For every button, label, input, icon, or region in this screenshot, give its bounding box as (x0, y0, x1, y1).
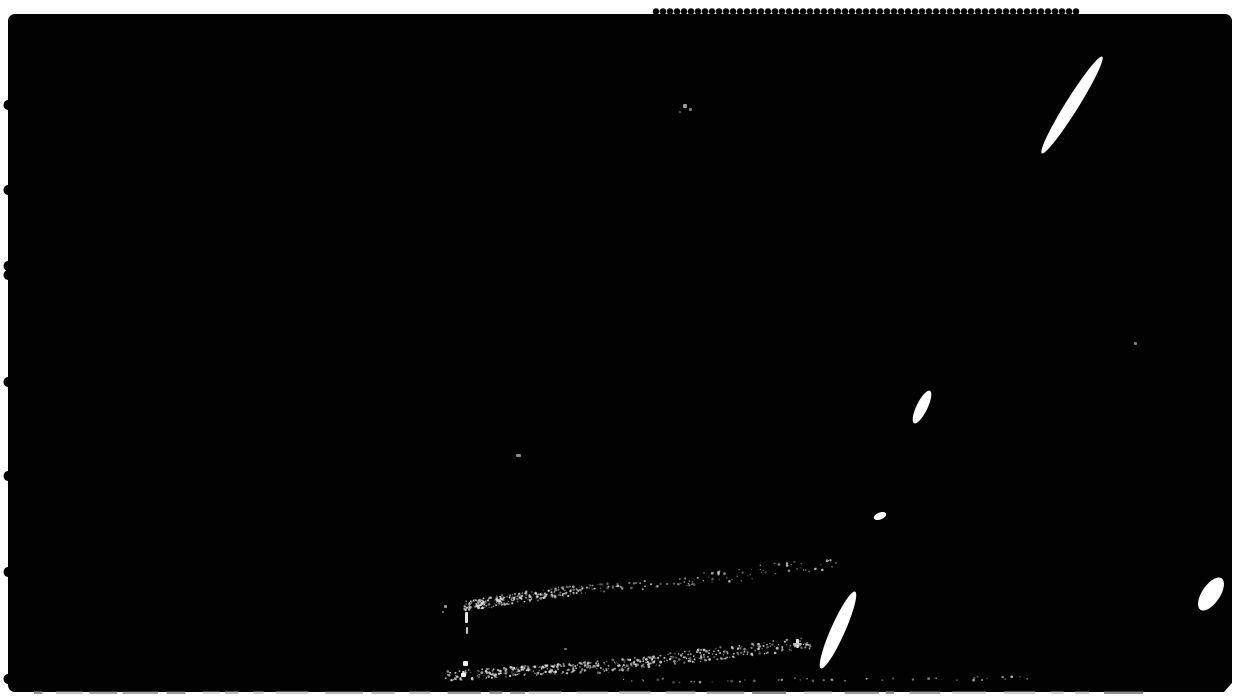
serration-tooth (716, 8, 723, 15)
speckle-dot (804, 646, 806, 648)
speckle-dot (606, 582, 609, 585)
speckle-dot (496, 595, 498, 597)
speckle-dot (517, 669, 519, 671)
speckle-dot (618, 669, 620, 671)
speckle-dot (800, 647, 803, 650)
serration-tooth (912, 8, 919, 15)
speckle-dot (642, 679, 644, 681)
edge-dash (276, 692, 309, 695)
speckle-dot (586, 663, 588, 665)
speckle-dot (491, 668, 492, 669)
speckle-dot (543, 672, 544, 673)
speckle-dot (617, 665, 619, 667)
speckle-dot (829, 559, 831, 561)
speckle-dot (800, 679, 801, 680)
speckle-dot (767, 652, 768, 653)
speckle-dot (799, 640, 801, 642)
speckle-dot (760, 569, 761, 570)
speckle-dot (986, 678, 987, 679)
speckle-dot (571, 671, 573, 673)
speckle-dot (485, 605, 487, 607)
speckle-dot (844, 680, 846, 682)
serration-tooth (877, 8, 884, 15)
serration-tooth (1059, 8, 1066, 15)
speckle-dot (645, 658, 648, 661)
speckle-dot (562, 586, 565, 589)
speckle-dot (517, 674, 518, 675)
speckle-dot (731, 579, 732, 580)
speckle-dot (578, 662, 580, 664)
speckle-dot (577, 664, 578, 665)
speckle-dot (586, 666, 588, 668)
speckle-dot (679, 578, 681, 580)
speckle-dot (509, 597, 510, 598)
speckle-dot (700, 649, 702, 651)
speckle-dot (491, 677, 493, 679)
speckle-dot (757, 643, 760, 646)
speckle-dot (445, 677, 447, 679)
serration-tooth (1038, 8, 1045, 15)
speckle-dot (629, 659, 631, 661)
speckle-dot (760, 565, 761, 566)
speckle-dot (791, 564, 792, 565)
speckle-dot (595, 662, 597, 664)
speckle-dot (693, 655, 695, 657)
speckle-dot (521, 593, 522, 594)
speckle-dot (649, 656, 651, 658)
speckle-dot (490, 674, 491, 675)
speckle-dot (541, 668, 543, 670)
speckle-dot (592, 585, 594, 587)
speckle-dot (583, 662, 585, 664)
speckle-dot (564, 592, 567, 595)
speckle-dot (574, 670, 576, 672)
speckle-dot (803, 569, 805, 571)
speckle-dot (736, 576, 738, 578)
serration-tooth (996, 8, 1003, 15)
speck (463, 661, 468, 666)
speckle-dot (563, 593, 565, 595)
speckle-dot (630, 587, 633, 590)
speckle-dot (674, 653, 676, 655)
speckle-dot (572, 666, 574, 668)
speckle-dot (744, 651, 746, 653)
speckle-dot (672, 681, 675, 684)
speckle-dot (572, 668, 574, 670)
speckle-dot (708, 649, 710, 651)
speckle-dot (741, 646, 742, 647)
edge-dash (619, 692, 650, 695)
speckle-dot (828, 560, 829, 561)
speckle-dot (667, 653, 669, 655)
speckle-dot (716, 658, 718, 660)
serration-tooth (961, 8, 968, 15)
speckle-dot (448, 674, 450, 676)
speckle-dot (789, 649, 790, 650)
serration-tooth (905, 8, 912, 15)
speckle-dot (639, 582, 641, 584)
speckle-dot (511, 671, 513, 673)
speckle-dot (794, 677, 796, 679)
speckle-dot (729, 657, 730, 658)
serration-tooth (821, 8, 828, 15)
speckle-dot (664, 661, 665, 662)
film-notch (4, 100, 13, 110)
speckle-dot (560, 665, 562, 667)
speckle-dot (738, 569, 739, 570)
speckle-dot (700, 661, 701, 662)
speckle-dot (515, 672, 516, 673)
serration-tooth (898, 8, 905, 15)
speckle-dot (568, 587, 569, 588)
speckle-dot (912, 678, 914, 680)
speckle-dot (711, 581, 712, 582)
speckle-dot (544, 664, 546, 666)
edge-dash (1004, 692, 1035, 695)
speckle-dot (487, 675, 490, 678)
speckle-dot (661, 677, 663, 679)
speckle-dot (700, 656, 703, 659)
speckle-dot (821, 569, 824, 572)
speckle-dot (689, 580, 690, 581)
speckle-dot (488, 671, 490, 673)
speckle-dot (554, 591, 556, 593)
speckle-dot (754, 650, 756, 652)
film-notch (4, 270, 13, 280)
speckle-dot (692, 581, 694, 583)
speckle-dot (569, 585, 571, 587)
edge-dash (752, 692, 786, 695)
serration-tooth (947, 8, 954, 15)
serration-tooth (884, 8, 891, 15)
speckle-dot (737, 648, 738, 649)
speckle-dot (496, 676, 498, 678)
speckle-dot (699, 658, 700, 659)
speckle-dot (465, 603, 467, 605)
speckle-dot (506, 603, 508, 605)
speckle-dot (555, 588, 557, 590)
speckle-dot (720, 657, 722, 659)
speckle-dot (764, 653, 765, 654)
film-notch (4, 377, 13, 387)
speckle-dot (1001, 676, 1003, 678)
speckle-dot (804, 643, 806, 645)
speckle-dot (703, 656, 705, 658)
speckle-dot (678, 681, 680, 683)
speckle-dot (562, 671, 564, 673)
speckle-dot (674, 583, 675, 584)
speckle-dot (881, 679, 883, 681)
edge-dash (89, 692, 117, 695)
speckle-dot (537, 596, 538, 597)
edge-dash (910, 692, 941, 695)
speckle-dot (534, 672, 535, 673)
speckle-dot (468, 669, 470, 671)
speck (442, 611, 444, 613)
speck (465, 612, 468, 623)
serration-tooth (667, 8, 674, 15)
speckle-dot (628, 582, 630, 584)
speckle-dot (531, 598, 532, 599)
speck (564, 648, 567, 650)
serration-tooth (982, 8, 989, 15)
serration-tooth (1024, 8, 1031, 15)
speckle-dot (778, 679, 780, 681)
speckle-dot (703, 572, 704, 573)
speckle-dot (493, 668, 495, 670)
speckle-dot (498, 673, 500, 675)
speckle-dot (750, 574, 751, 575)
speckle-dot (733, 653, 734, 654)
speckle-dot (521, 595, 524, 598)
speckle-dot (515, 674, 517, 676)
speckle-dot (717, 650, 719, 652)
speckle-dot (478, 600, 480, 602)
speckle-dot (566, 669, 568, 671)
speckle-dot (708, 577, 709, 578)
speckle-dot (515, 596, 517, 598)
serration-tooth (793, 8, 800, 15)
speckle-dot (547, 668, 548, 669)
speckle-dot (638, 581, 639, 582)
speckle-dot (723, 572, 726, 575)
film-notch (4, 471, 13, 481)
speckle-dot (493, 606, 495, 608)
serration-tooth (1017, 8, 1024, 15)
speckle-dot (516, 667, 517, 668)
speckle-dot (586, 587, 588, 589)
speckle-dot (774, 652, 777, 655)
speckle-dot (512, 673, 515, 676)
edge-dash (34, 692, 42, 695)
speckle-dot (781, 679, 783, 681)
speckle-dot (680, 583, 681, 584)
speckle-dot (759, 651, 760, 652)
serration-tooth (737, 8, 744, 15)
speckle-dot (641, 665, 643, 667)
speckle-dot (483, 675, 484, 676)
speckle-dot (473, 599, 476, 602)
edge-dash (448, 692, 481, 695)
speckle-dot (684, 577, 686, 579)
speckle-dot (650, 662, 652, 664)
speckle-dot (537, 593, 539, 595)
photo-frame (4, 8, 1233, 692)
speckle-dot (934, 678, 935, 679)
speckle-dot (692, 661, 694, 663)
speckle-dot (689, 657, 692, 660)
speckle-dot (727, 680, 728, 681)
speckle-dot (582, 663, 583, 664)
speckle-dot (750, 653, 753, 656)
serration-tooth (989, 8, 996, 15)
speckle-dot (543, 666, 545, 668)
speckle-dot (835, 562, 838, 565)
speckle-dot (751, 643, 754, 646)
speckle-dot (599, 583, 601, 585)
speckle-dot (449, 672, 451, 674)
edge-dash (886, 692, 894, 695)
speck (683, 104, 687, 108)
speckle-dot (589, 668, 591, 670)
speckle-dot (690, 653, 692, 655)
speckle-dot (464, 608, 467, 611)
speckle-dot (713, 650, 715, 652)
speckle-dot (557, 589, 559, 591)
speckle-dot (582, 587, 584, 589)
speckle-dot (572, 588, 575, 591)
speckle-dot (518, 673, 519, 674)
serration-tooth (954, 8, 961, 15)
speckle-dot (491, 606, 493, 608)
speckle-dot (671, 658, 672, 659)
speckle-dot (484, 606, 485, 607)
speckle-dot (935, 677, 937, 679)
speckle-dot (782, 648, 784, 650)
film-notch (4, 185, 13, 195)
serration-tooth (765, 8, 772, 15)
speckle-dot (501, 594, 504, 597)
speckle-dot (495, 604, 497, 606)
serration-tooth (674, 8, 681, 15)
serration-tooth (856, 8, 863, 15)
speckle-dot (474, 607, 475, 608)
speckle-dot (600, 667, 602, 669)
speckle-dot (616, 661, 617, 662)
speckle-dot (718, 571, 720, 573)
speckle-dot (740, 647, 742, 649)
speckle-dot (676, 661, 678, 663)
speckle-dot (803, 644, 804, 645)
edge-dash (804, 692, 832, 695)
speckle-dot (563, 664, 566, 667)
speckle-dot (624, 662, 626, 664)
speckle-dot (657, 585, 659, 587)
speckle-dot (775, 563, 776, 564)
photo-scan-page (0, 0, 1240, 698)
speckle-dot (688, 584, 690, 586)
speckle-dot (775, 573, 776, 574)
speckle-dot (758, 646, 759, 647)
speckle-dot (550, 588, 552, 590)
speckle-dot (686, 658, 688, 660)
speckle-dot (608, 668, 609, 669)
speckle-dot (511, 597, 513, 599)
speckle-dot (581, 592, 582, 593)
speckle-dot (644, 666, 646, 668)
speckle-dot (508, 603, 510, 605)
speckle-dot (1026, 678, 1028, 680)
speckle-dot (646, 661, 648, 663)
speckle-dot (498, 669, 501, 672)
edge-dash (225, 692, 239, 695)
speckle-dot (672, 656, 675, 659)
serration-tooth (772, 8, 779, 15)
edge-dash (952, 692, 986, 695)
speckle-dot (815, 567, 817, 569)
speckle-dot (638, 659, 640, 661)
speckle-dot (728, 580, 731, 583)
serration-tooth (968, 8, 975, 15)
speckle-dot (608, 672, 609, 673)
speckle-dot (478, 676, 480, 678)
speckle-dot (605, 668, 607, 670)
speckle-dot (683, 581, 685, 583)
speckle-dot (977, 676, 979, 678)
speckle-dot (793, 561, 795, 563)
speckle-dot (477, 675, 478, 676)
speckle-dot (544, 593, 547, 596)
speckle-dot (497, 669, 499, 671)
speckle-dot (579, 589, 582, 592)
edge-dash (56, 692, 83, 695)
speckle-dot (563, 595, 564, 596)
speckle-dot (604, 664, 605, 665)
speckle-dot (554, 589, 557, 592)
speckle-dot (590, 662, 592, 664)
serration-tooth (1066, 8, 1073, 15)
speckle-dot (454, 677, 457, 680)
speckle-dot (981, 679, 983, 681)
speckle-dot (543, 589, 544, 590)
speckle-dot (495, 599, 496, 600)
speckle-dot (1019, 676, 1021, 678)
speckle-dot (759, 653, 760, 654)
speckle-dot (703, 580, 705, 582)
speckle-dot (626, 669, 628, 671)
serration-tooth (814, 8, 821, 15)
speckle-dot (534, 665, 537, 668)
speckle-dot (650, 583, 652, 585)
speckle-dot (812, 680, 815, 683)
speckle-dot (526, 592, 528, 594)
speckle-dot (569, 593, 571, 595)
speckle-dot (767, 646, 769, 648)
speckle-dot (576, 592, 578, 594)
serration-tooth (919, 8, 926, 15)
speckle-dot (537, 599, 539, 601)
speckle-dot (800, 637, 802, 639)
speckle-dot (669, 652, 671, 654)
edge-dash (666, 692, 695, 695)
speckle-dot (566, 672, 568, 674)
edge-dash (529, 692, 562, 695)
speckle-dot (564, 590, 565, 591)
serration-tooth (1052, 8, 1059, 15)
speckle-dot (483, 604, 484, 605)
speckle-dot (807, 644, 809, 646)
speckle-dot (528, 594, 530, 596)
speckle-dot (494, 603, 495, 604)
speckle-dot (596, 660, 598, 662)
speckle-dot (712, 681, 713, 682)
speckle-dot (695, 657, 696, 658)
speckle-dot (694, 681, 696, 683)
speckle-dot (726, 657, 728, 659)
speckle-dot (747, 651, 749, 653)
speckle-dot (487, 599, 489, 601)
speckle-dot (694, 662, 695, 663)
speckle-dot (753, 680, 756, 683)
speckle-dot (707, 656, 709, 658)
speckle-dot (506, 669, 507, 670)
speckle-dot (504, 670, 506, 672)
speckle-dot (656, 678, 659, 681)
speckle-dot (579, 666, 581, 668)
speckle-dot (573, 664, 574, 665)
speckle-dot (542, 598, 543, 599)
speckle-dot (509, 594, 511, 596)
